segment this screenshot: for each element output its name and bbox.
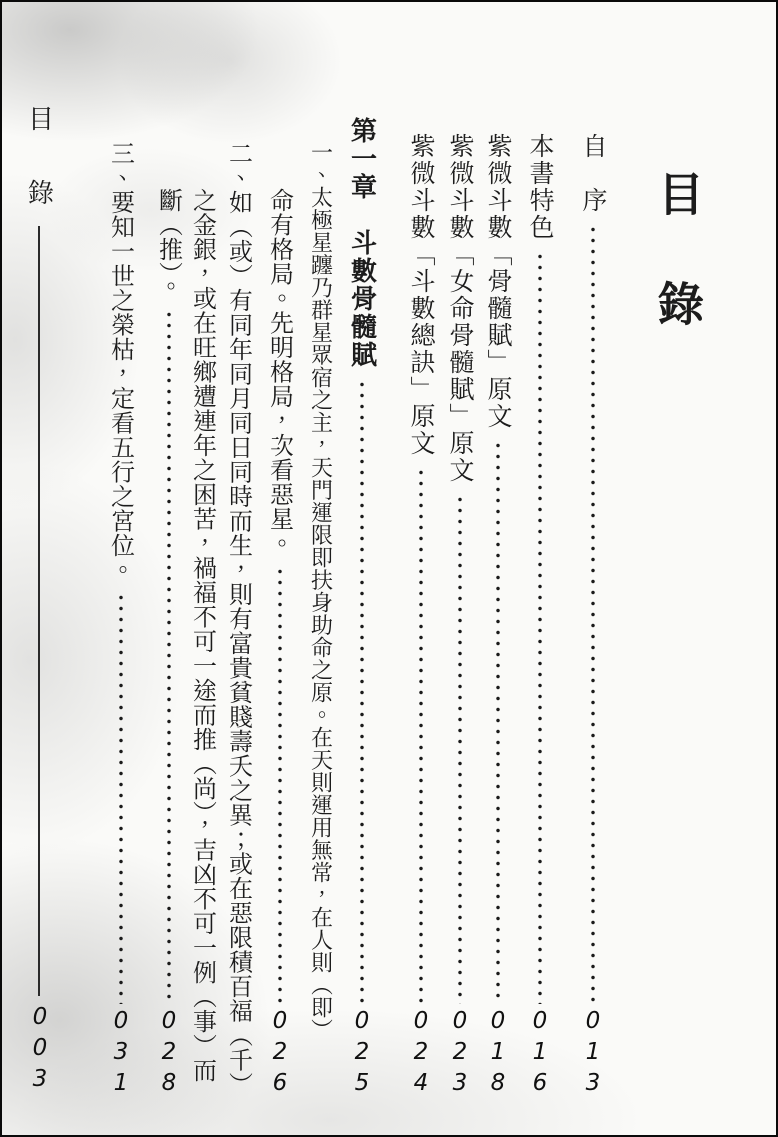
- toc-entry-label: 自 序: [575, 133, 611, 214]
- toc-item-text: 之金銀，或在旺鄉遭連年之困苦，禍福不可一途而推（尚），吉凶不可一例（事）而: [186, 188, 221, 1083]
- toc-item-3: 三、要知一世之榮枯，定看五行之宮位。 031: [104, 141, 138, 1100]
- toc-entry-page: 016: [527, 1008, 553, 1100]
- dot-leader: [104, 592, 138, 1004]
- toc-entry-features: 本書特色 016: [523, 133, 557, 1100]
- toc-entry-preface: 自 序 013: [576, 133, 610, 1100]
- toc-entry-zongjue: 紫微斗數「斗數總訣」原文 024: [404, 133, 438, 1100]
- chapter-title: 第一章 斗數骨髓賦: [344, 117, 381, 369]
- toc-entry-label: 紫微斗數「斗數總訣」原文: [403, 133, 439, 457]
- folio-page-number: 003: [23, 1004, 57, 1100]
- toc-entry-nvming-gusuifu: 紫微斗數「女命骨髓賦」原文 023: [443, 133, 477, 1100]
- toc-entry-label: 紫微斗數「骨髓賦」原文: [480, 133, 516, 430]
- dot-leader: [576, 224, 610, 1004]
- toc-entry-label: 紫微斗數「女命骨髓賦」原文: [442, 133, 478, 484]
- toc-entry-page: 023: [447, 1008, 473, 1100]
- toc-entry-page: 028: [156, 1008, 182, 1100]
- toc-item-text: 斷（推）。: [152, 188, 187, 299]
- dot-leader: [523, 251, 557, 1004]
- toc-entry-chapter-1: 第一章 斗數骨髓賦 025: [345, 117, 379, 1100]
- dot-leader: [443, 494, 477, 1004]
- toc-item-2-line-2: 之金銀，或在旺鄉遭連年之困苦，禍福不可一途而推（尚），吉凶不可一例（事）而: [186, 188, 220, 1099]
- toc-item-text: 三、要知一世之榮枯，定看五行之宮位。: [104, 141, 139, 582]
- page-title: 目 錄: [648, 170, 708, 390]
- toc-item-2-line-3: 斷（推）。 028: [152, 188, 186, 1100]
- toc-entry-page: 018: [485, 1008, 511, 1100]
- toc-item-text: 一、太極星躔乃群星眾宿之主，天門運限即扶身助命之原。在天則運用無常，在人則（即）: [305, 141, 336, 1041]
- dot-leader: [152, 309, 186, 1005]
- toc-item-1-line-1: 一、太極星躔乃群星眾宿之主，天門運限即扶身助命之原。在天則運用無常，在人則（即）: [303, 141, 337, 1099]
- margin-rule: [38, 226, 40, 996]
- page-title-text: 目 錄: [645, 170, 711, 335]
- toc-entry-page: 025: [349, 1008, 375, 1100]
- toc-entry-label: 本書特色: [522, 133, 558, 241]
- toc-entry-page: 031: [108, 1008, 134, 1100]
- toc-item-1-line-2: 命有格局。先明格局，次看惡星。 026: [263, 188, 297, 1100]
- dot-leader: [481, 440, 515, 1004]
- toc-item-text: 命有格局。先明格局，次看惡星。: [263, 188, 298, 556]
- dot-leader: [263, 566, 297, 1005]
- toc-item-2-line-1: 二、如（或）有同年同月同日同時而生，則有富貴貧賤壽夭之異；或在惡限積百福（千）: [222, 141, 256, 1099]
- margin-section-label: 目 錄: [22, 105, 56, 225]
- toc-entry-page: 026: [267, 1008, 293, 1100]
- dot-leader: [345, 379, 379, 1004]
- dot-leader: [404, 467, 438, 1004]
- toc-item-text: 二、如（或）有同年同月同日同時而生，則有富貴貧賤壽夭之異；或在惡限積百福（千）: [222, 141, 257, 1097]
- toc-entry-page: 013: [580, 1008, 606, 1100]
- toc-entry-page: 024: [408, 1008, 434, 1100]
- toc-entry-gusuifu: 紫微斗數「骨髓賦」原文 018: [481, 133, 515, 1100]
